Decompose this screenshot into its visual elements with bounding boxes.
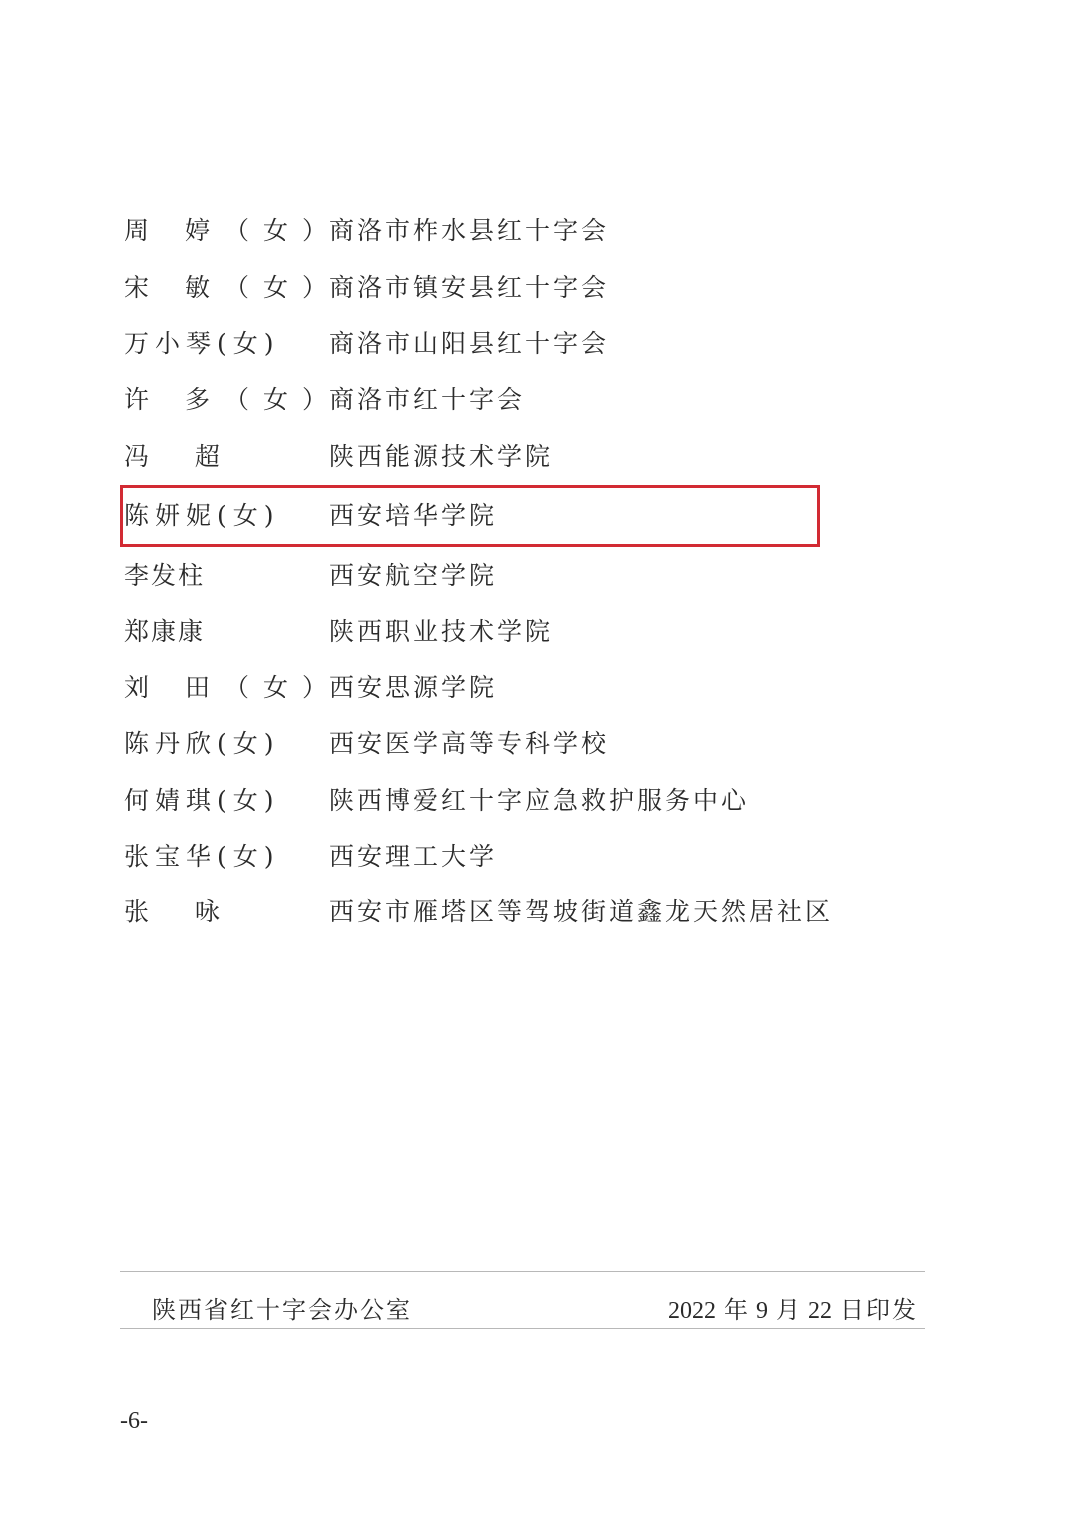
person-name: 冯 超 xyxy=(124,437,284,477)
footer-top-rule xyxy=(120,1271,925,1272)
organization-name: 西安市雁塔区等驾坡街道鑫龙天然居社区 xyxy=(329,892,833,932)
person-name: 刘 田（女） xyxy=(124,668,284,708)
organization-name: 西安医学高等专科学校 xyxy=(329,724,609,764)
person-name: 许 多（女） xyxy=(124,380,284,420)
organization-name: 陕西博爱红十字应急救护服务中心 xyxy=(329,781,749,821)
issuer-name: 陕西省红十字会办公室 xyxy=(152,1293,412,1327)
month-unit: 月 xyxy=(776,1296,800,1324)
list-item: 周 婷（女） 商洛市柞水县红十字会 xyxy=(124,211,884,251)
person-name: 张 咏 xyxy=(124,892,284,932)
person-name: 万小琴(女) xyxy=(124,324,284,364)
issue-month: 9 xyxy=(756,1298,768,1324)
document-page: 周 婷（女） 商洛市柞水县红十字会 宋 敏（女） 商洛市镇安县红十字会 万小琴(… xyxy=(0,0,1080,1525)
organization-name: 陕西能源技术学院 xyxy=(329,437,553,477)
list-item: 张宝华(女) 西安理工大学 xyxy=(124,837,884,877)
organization-name: 西安理工大学 xyxy=(329,837,497,877)
person-name: 宋 敏（女） xyxy=(124,268,284,308)
person-name: 何婧琪(女) xyxy=(124,781,284,821)
list-item: 刘 田（女） 西安思源学院 xyxy=(124,668,884,708)
list-item: 张 咏 西安市雁塔区等驾坡街道鑫龙天然居社区 xyxy=(124,892,884,932)
issue-year: 2022 xyxy=(668,1298,716,1324)
list-item: 万小琴(女) 商洛市山阳县红十字会 xyxy=(124,324,884,364)
organization-name: 西安航空学院 xyxy=(329,556,497,596)
list-item: 许 多（女） 商洛市红十字会 xyxy=(124,380,884,420)
day-suffix: 日印发 xyxy=(840,1296,918,1324)
organization-name: 西安思源学院 xyxy=(329,668,497,708)
list-item: 郑康康 陕西职业技术学院 xyxy=(124,612,884,652)
person-name: 李发柱 xyxy=(124,556,284,596)
organization-name: 商洛市红十字会 xyxy=(329,380,525,420)
highlight-box xyxy=(120,485,820,547)
list-item: 宋 敏（女） 商洛市镇安县红十字会 xyxy=(124,268,884,308)
person-name: 周 婷（女） xyxy=(124,211,284,251)
person-name: 陈丹欣(女) xyxy=(124,724,284,764)
list-item: 李发柱 西安航空学院 xyxy=(124,556,884,596)
issue-date: 2022年9月22日印发 xyxy=(668,1293,918,1328)
organization-name: 商洛市柞水县红十字会 xyxy=(329,211,609,251)
issue-day: 22 xyxy=(808,1298,832,1324)
year-unit: 年 xyxy=(724,1296,748,1324)
page-number: -6- xyxy=(120,1405,148,1437)
organization-name: 商洛市山阳县红十字会 xyxy=(329,324,609,364)
list-item: 陈丹欣(女) 西安医学高等专科学校 xyxy=(124,724,884,764)
organization-name: 陕西职业技术学院 xyxy=(329,612,553,652)
person-name: 郑康康 xyxy=(124,612,284,652)
list-item: 何婧琪(女) 陕西博爱红十字应急救护服务中心 xyxy=(124,781,884,821)
organization-name: 商洛市镇安县红十字会 xyxy=(329,268,609,308)
footer-bottom-rule xyxy=(120,1328,925,1329)
person-name: 张宝华(女) xyxy=(124,837,284,877)
list-item: 冯 超 陕西能源技术学院 xyxy=(124,437,884,477)
